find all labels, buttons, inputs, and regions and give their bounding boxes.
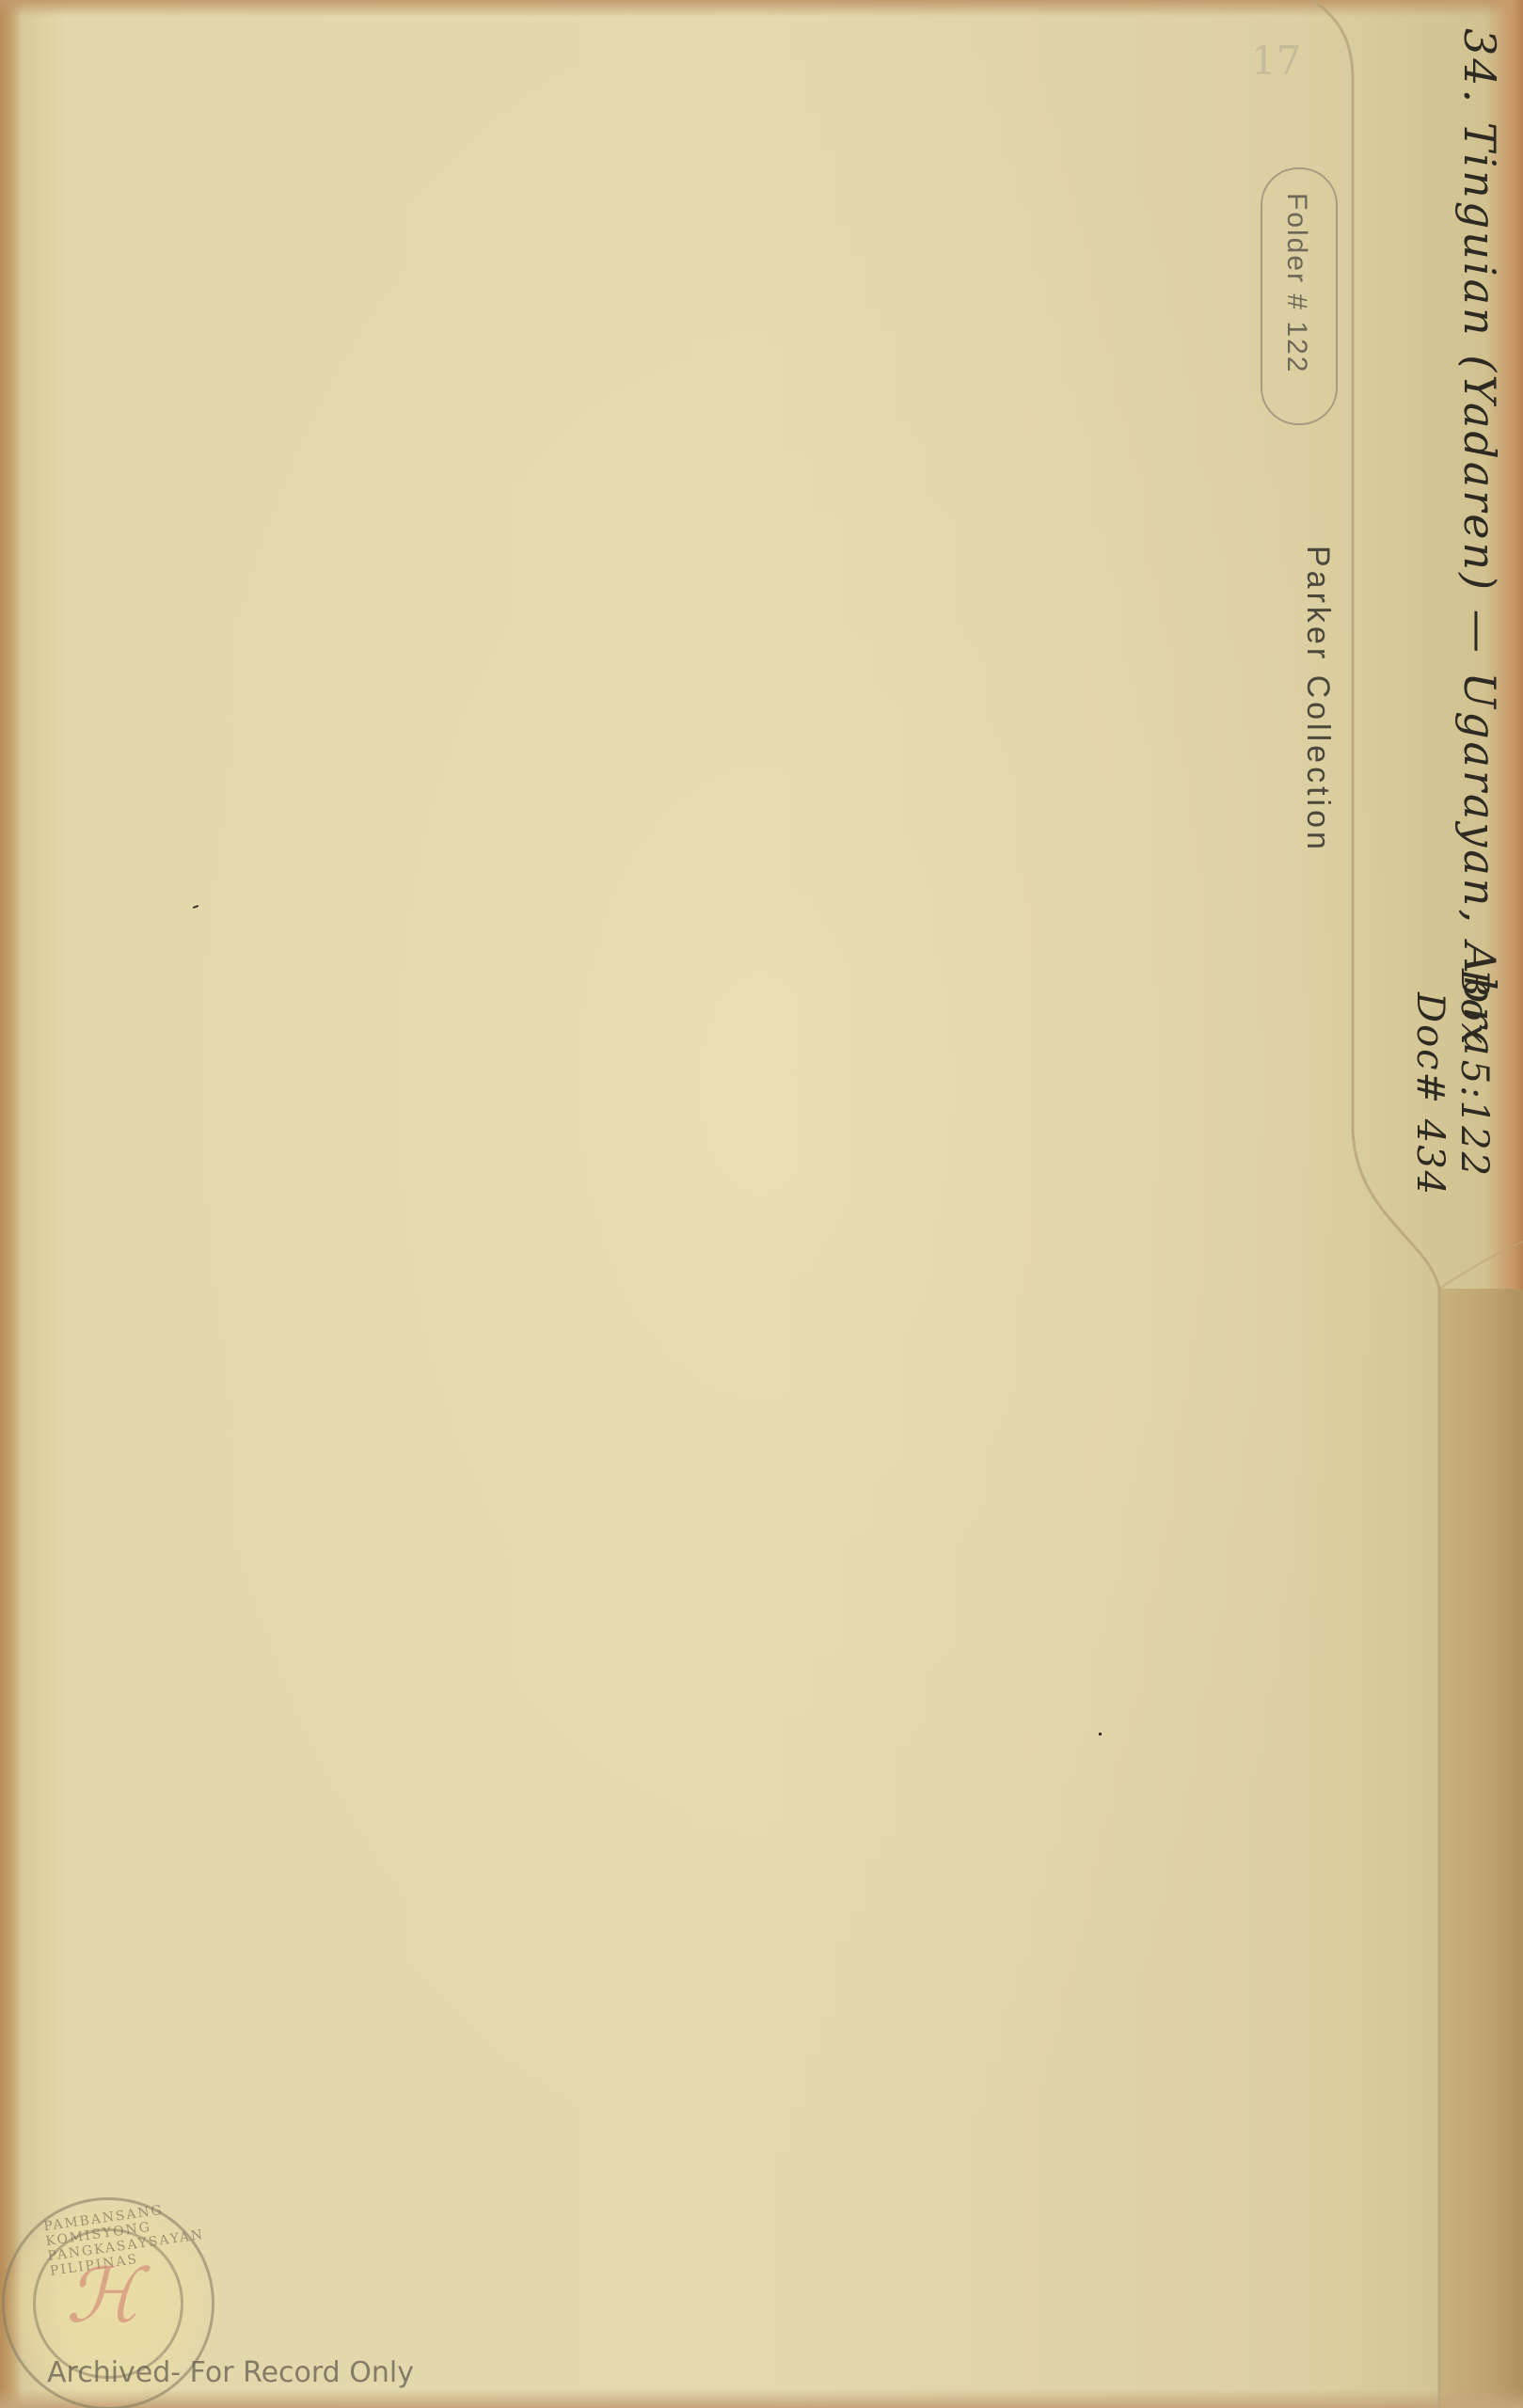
faint-corner-mark: 17 [1251, 38, 1301, 84]
collection-note: Parker Collection [1299, 546, 1336, 853]
bottom-edge-shadow [0, 2389, 1523, 2408]
watermark-caption: Archived- For Record Only [47, 2356, 414, 2389]
tab-label: 34. Tinguian (Yadaren) — Ugarayan, Abra [1454, 28, 1505, 1059]
left-edge-shadow [0, 0, 23, 2408]
doc-reference: Doc# 434 [1408, 992, 1452, 1196]
back-flap [1439, 1289, 1523, 2408]
seal-emblem-icon: ℋ [66, 2252, 140, 2339]
stray-dot [1099, 1733, 1102, 1735]
box-reference: Box 5:122 [1452, 969, 1496, 1178]
top-edge-shadow [0, 0, 1523, 17]
folder-cover: 17 34. Tinguian (Yadaren) — Ugarayan, Ab… [0, 0, 1523, 2408]
stray-mark [193, 905, 198, 909]
folder-number: Folder # 122 [1280, 193, 1312, 373]
